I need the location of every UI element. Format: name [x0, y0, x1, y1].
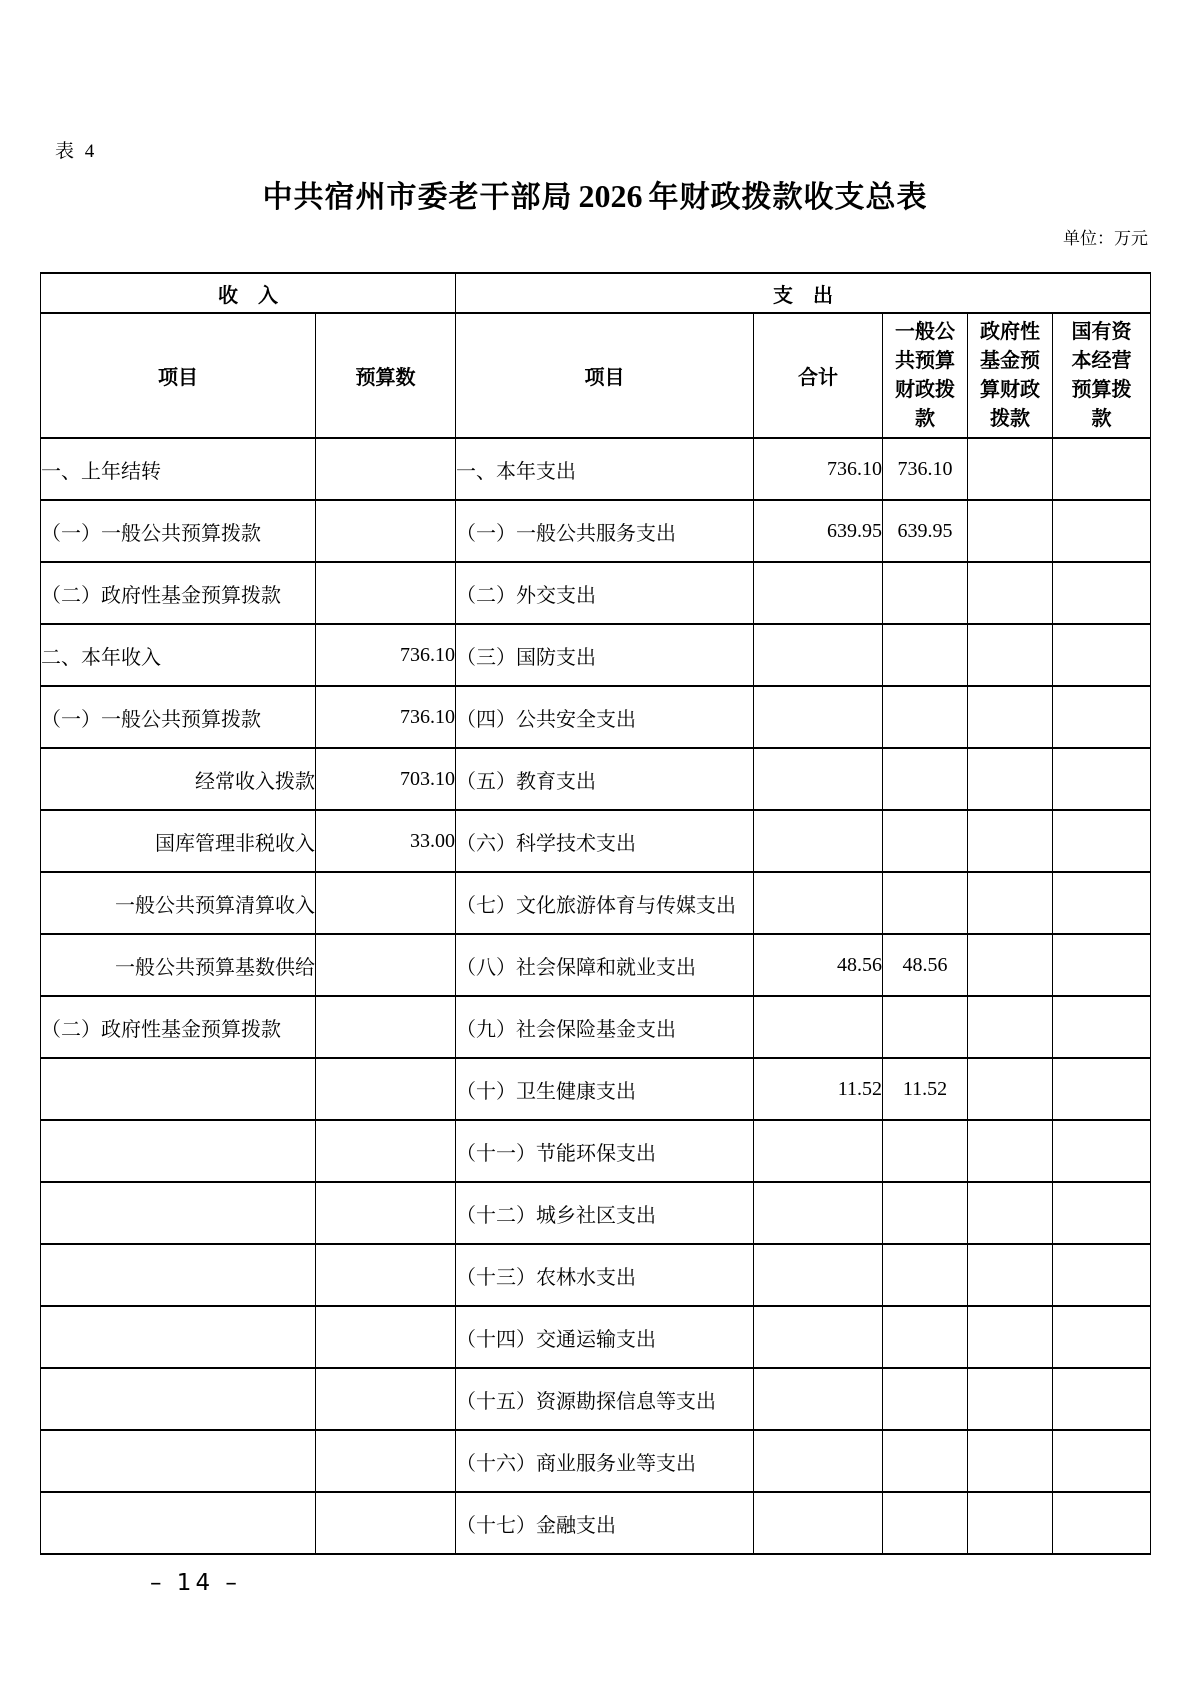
income-item-cell: 经常收入拨款: [41, 748, 316, 810]
column-header-total: 合计: [754, 313, 883, 438]
expense-capital-cell: [1053, 1058, 1151, 1120]
expense-general-cell: [883, 872, 968, 934]
expense-total-cell: [754, 1182, 883, 1244]
page-number: – 14 –: [150, 1570, 241, 1596]
expense-total-cell: [754, 624, 883, 686]
income-budget-cell: [316, 934, 456, 996]
expense-item-cell: （十五）资源勘探信息等支出: [456, 1368, 754, 1430]
table-row: （二）政府性基金预算拨款 （二）外交支出: [41, 562, 1151, 624]
expense-general-cell: [883, 1182, 968, 1244]
income-item-cell: [41, 1244, 316, 1306]
title-suffix: 年财政拨款收支总表: [649, 181, 928, 214]
table-row: 一、上年结转 一、本年支出 736.10 736.10: [41, 438, 1151, 500]
table-row: （十六）商业服务业等支出: [41, 1430, 1151, 1492]
expense-fund-cell: [968, 748, 1053, 810]
income-item-cell: 一般公共预算基数供给: [41, 934, 316, 996]
column-header-income-item: 项目: [41, 313, 316, 438]
column-header-gov-fund: 政府性 基金预 算财政 拨款: [968, 313, 1053, 438]
income-budget-cell: [316, 872, 456, 934]
expense-general-cell: [883, 624, 968, 686]
column-header-expense-item: 项目: [456, 313, 754, 438]
income-item-cell: （二）政府性基金预算拨款: [41, 996, 316, 1058]
expense-fund-cell: [968, 1368, 1053, 1430]
income-item-cell: [41, 1306, 316, 1368]
expense-item-cell: （一）一般公共服务支出: [456, 500, 754, 562]
budget-summary-table: 收 入 支 出 项目 预算数 项目 合计 一般公 共预算 财政拨 款 政府性 基…: [40, 272, 1151, 1555]
column-header-general-budget: 一般公 共预算 财政拨 款: [883, 313, 968, 438]
expense-general-cell: [883, 1368, 968, 1430]
table-row: （二）政府性基金预算拨款 （九）社会保险基金支出: [41, 996, 1151, 1058]
expense-total-cell: [754, 562, 883, 624]
expense-item-cell: （十二）城乡社区支出: [456, 1182, 754, 1244]
title-year: 2026: [573, 178, 649, 214]
income-budget-cell: [316, 1430, 456, 1492]
expense-fund-cell: [968, 1120, 1053, 1182]
expense-capital-cell: [1053, 1492, 1151, 1554]
expense-general-cell: [883, 1306, 968, 1368]
expense-capital-cell: [1053, 1244, 1151, 1306]
expense-general-cell: 736.10: [883, 438, 968, 500]
expense-total-cell: 48.56: [754, 934, 883, 996]
expense-general-cell: [883, 686, 968, 748]
expense-total-cell: 639.95: [754, 500, 883, 562]
income-item-cell: [41, 1120, 316, 1182]
expense-fund-cell: [968, 1492, 1053, 1554]
income-budget-cell: [316, 1182, 456, 1244]
income-item-cell: （一）一般公共预算拨款: [41, 686, 316, 748]
expense-total-cell: [754, 1306, 883, 1368]
expense-item-cell: （四）公共安全支出: [456, 686, 754, 748]
expense-item-cell: （十一）节能环保支出: [456, 1120, 754, 1182]
income-budget-cell: 703.10: [316, 748, 456, 810]
expense-total-cell: 736.10: [754, 438, 883, 500]
expense-general-cell: [883, 996, 968, 1058]
expense-general-cell: 48.56: [883, 934, 968, 996]
income-budget-cell: 736.10: [316, 686, 456, 748]
income-item-cell: 国库管理非税收入: [41, 810, 316, 872]
income-budget-cell: [316, 1058, 456, 1120]
expense-general-cell: [883, 748, 968, 810]
table-number-label: 表 4: [55, 136, 97, 163]
expense-fund-cell: [968, 1244, 1053, 1306]
income-budget-cell: [316, 1492, 456, 1554]
expense-capital-cell: [1053, 810, 1151, 872]
expense-capital-cell: [1053, 748, 1151, 810]
expense-capital-cell: [1053, 996, 1151, 1058]
expense-general-cell: [883, 1244, 968, 1306]
expense-capital-cell: [1053, 500, 1151, 562]
section-header-income: 收 入: [41, 273, 456, 313]
expense-capital-cell: [1053, 1306, 1151, 1368]
expense-item-cell: （六）科学技术支出: [456, 810, 754, 872]
table-row: （一）一般公共预算拨款 （一）一般公共服务支出 639.95 639.95: [41, 500, 1151, 562]
expense-total-cell: 11.52: [754, 1058, 883, 1120]
table-row: 国库管理非税收入 33.00 （六）科学技术支出: [41, 810, 1151, 872]
income-budget-cell: [316, 562, 456, 624]
expense-capital-cell: [1053, 1368, 1151, 1430]
expense-total-cell: [754, 1368, 883, 1430]
document-page: 表 4 中共宿州市委老干部局2026年财政拨款收支总表 单位：万元 收 入 支 …: [0, 0, 1190, 1683]
title-prefix: 中共宿州市委老干部局: [263, 181, 573, 214]
income-item-cell: 二、本年收入: [41, 624, 316, 686]
expense-fund-cell: [968, 934, 1053, 996]
expense-item-cell: （九）社会保险基金支出: [456, 996, 754, 1058]
table-row: （十二）城乡社区支出: [41, 1182, 1151, 1244]
expense-general-cell: [883, 1430, 968, 1492]
expense-fund-cell: [968, 500, 1053, 562]
expense-fund-cell: [968, 624, 1053, 686]
expense-general-cell: 639.95: [883, 500, 968, 562]
income-item-cell: （二）政府性基金预算拨款: [41, 562, 316, 624]
page-title: 中共宿州市委老干部局2026年财政拨款收支总表: [40, 172, 1150, 216]
expense-item-cell: （二）外交支出: [456, 562, 754, 624]
table-row: 一般公共预算清算收入 （七）文化旅游体育与传媒支出: [41, 872, 1151, 934]
expense-capital-cell: [1053, 438, 1151, 500]
expense-item-cell: 一、本年支出: [456, 438, 754, 500]
expense-capital-cell: [1053, 562, 1151, 624]
income-item-cell: [41, 1492, 316, 1554]
table-row: （十）卫生健康支出 11.52 11.52: [41, 1058, 1151, 1120]
unit-note: 单位：万元: [40, 224, 1148, 249]
table-row: （十五）资源勘探信息等支出: [41, 1368, 1151, 1430]
expense-total-cell: [754, 1244, 883, 1306]
expense-total-cell: [754, 996, 883, 1058]
income-item-cell: 一般公共预算清算收入: [41, 872, 316, 934]
expense-item-cell: （十六）商业服务业等支出: [456, 1430, 754, 1492]
income-budget-cell: [316, 438, 456, 500]
expense-fund-cell: [968, 1430, 1053, 1492]
expense-general-cell: [883, 810, 968, 872]
table-row: （十七）金融支出: [41, 1492, 1151, 1554]
expense-fund-cell: [968, 1182, 1053, 1244]
expense-fund-cell: [968, 438, 1053, 500]
expense-item-cell: （三）国防支出: [456, 624, 754, 686]
expense-item-cell: （八）社会保障和就业支出: [456, 934, 754, 996]
expense-fund-cell: [968, 810, 1053, 872]
table-row: 一般公共预算基数供给 （八）社会保障和就业支出 48.56 48.56: [41, 934, 1151, 996]
section-header-expense: 支 出: [456, 273, 1151, 313]
expense-total-cell: [754, 1430, 883, 1492]
income-item-cell: [41, 1182, 316, 1244]
expense-total-cell: [754, 810, 883, 872]
income-item-cell: [41, 1430, 316, 1492]
table-row: 经常收入拨款 703.10 （五）教育支出: [41, 748, 1151, 810]
income-item-cell: 一、上年结转: [41, 438, 316, 500]
expense-fund-cell: [968, 1058, 1053, 1120]
expense-general-cell: [883, 562, 968, 624]
expense-capital-cell: [1053, 872, 1151, 934]
expense-fund-cell: [968, 996, 1053, 1058]
expense-item-cell: （十）卫生健康支出: [456, 1058, 754, 1120]
expense-fund-cell: [968, 686, 1053, 748]
expense-item-cell: （十四）交通运输支出: [456, 1306, 754, 1368]
expense-fund-cell: [968, 1306, 1053, 1368]
table-row: （十一）节能环保支出: [41, 1120, 1151, 1182]
expense-capital-cell: [1053, 624, 1151, 686]
income-budget-cell: [316, 996, 456, 1058]
expense-item-cell: （十七）金融支出: [456, 1492, 754, 1554]
table-row: （十四）交通运输支出: [41, 1306, 1151, 1368]
expense-total-cell: [754, 686, 883, 748]
column-header-budget: 预算数: [316, 313, 456, 438]
column-header-state-capital: 国有资 本经营 预算拨 款: [1053, 313, 1151, 438]
income-budget-cell: 33.00: [316, 810, 456, 872]
table-row: （十三）农林水支出: [41, 1244, 1151, 1306]
expense-total-cell: [754, 872, 883, 934]
expense-item-cell: （七）文化旅游体育与传媒支出: [456, 872, 754, 934]
income-budget-cell: [316, 1244, 456, 1306]
income-item-cell: [41, 1058, 316, 1120]
expense-general-cell: [883, 1492, 968, 1554]
expense-total-cell: [754, 1492, 883, 1554]
income-budget-cell: [316, 1368, 456, 1430]
table-row: （一）一般公共预算拨款 736.10 （四）公共安全支出: [41, 686, 1151, 748]
expense-total-cell: [754, 1120, 883, 1182]
expense-capital-cell: [1053, 1430, 1151, 1492]
expense-general-cell: [883, 1120, 968, 1182]
expense-general-cell: 11.52: [883, 1058, 968, 1120]
expense-capital-cell: [1053, 1182, 1151, 1244]
expense-total-cell: [754, 748, 883, 810]
income-item-cell: （一）一般公共预算拨款: [41, 500, 316, 562]
expense-capital-cell: [1053, 934, 1151, 996]
expense-fund-cell: [968, 562, 1053, 624]
income-budget-cell: [316, 1120, 456, 1182]
expense-item-cell: （五）教育支出: [456, 748, 754, 810]
income-budget-cell: 736.10: [316, 624, 456, 686]
income-item-cell: [41, 1368, 316, 1430]
income-budget-cell: [316, 1306, 456, 1368]
table-row: 二、本年收入 736.10 （三）国防支出: [41, 624, 1151, 686]
income-budget-cell: [316, 500, 456, 562]
expense-capital-cell: [1053, 686, 1151, 748]
expense-item-cell: （十三）农林水支出: [456, 1244, 754, 1306]
expense-capital-cell: [1053, 1120, 1151, 1182]
expense-fund-cell: [968, 872, 1053, 934]
